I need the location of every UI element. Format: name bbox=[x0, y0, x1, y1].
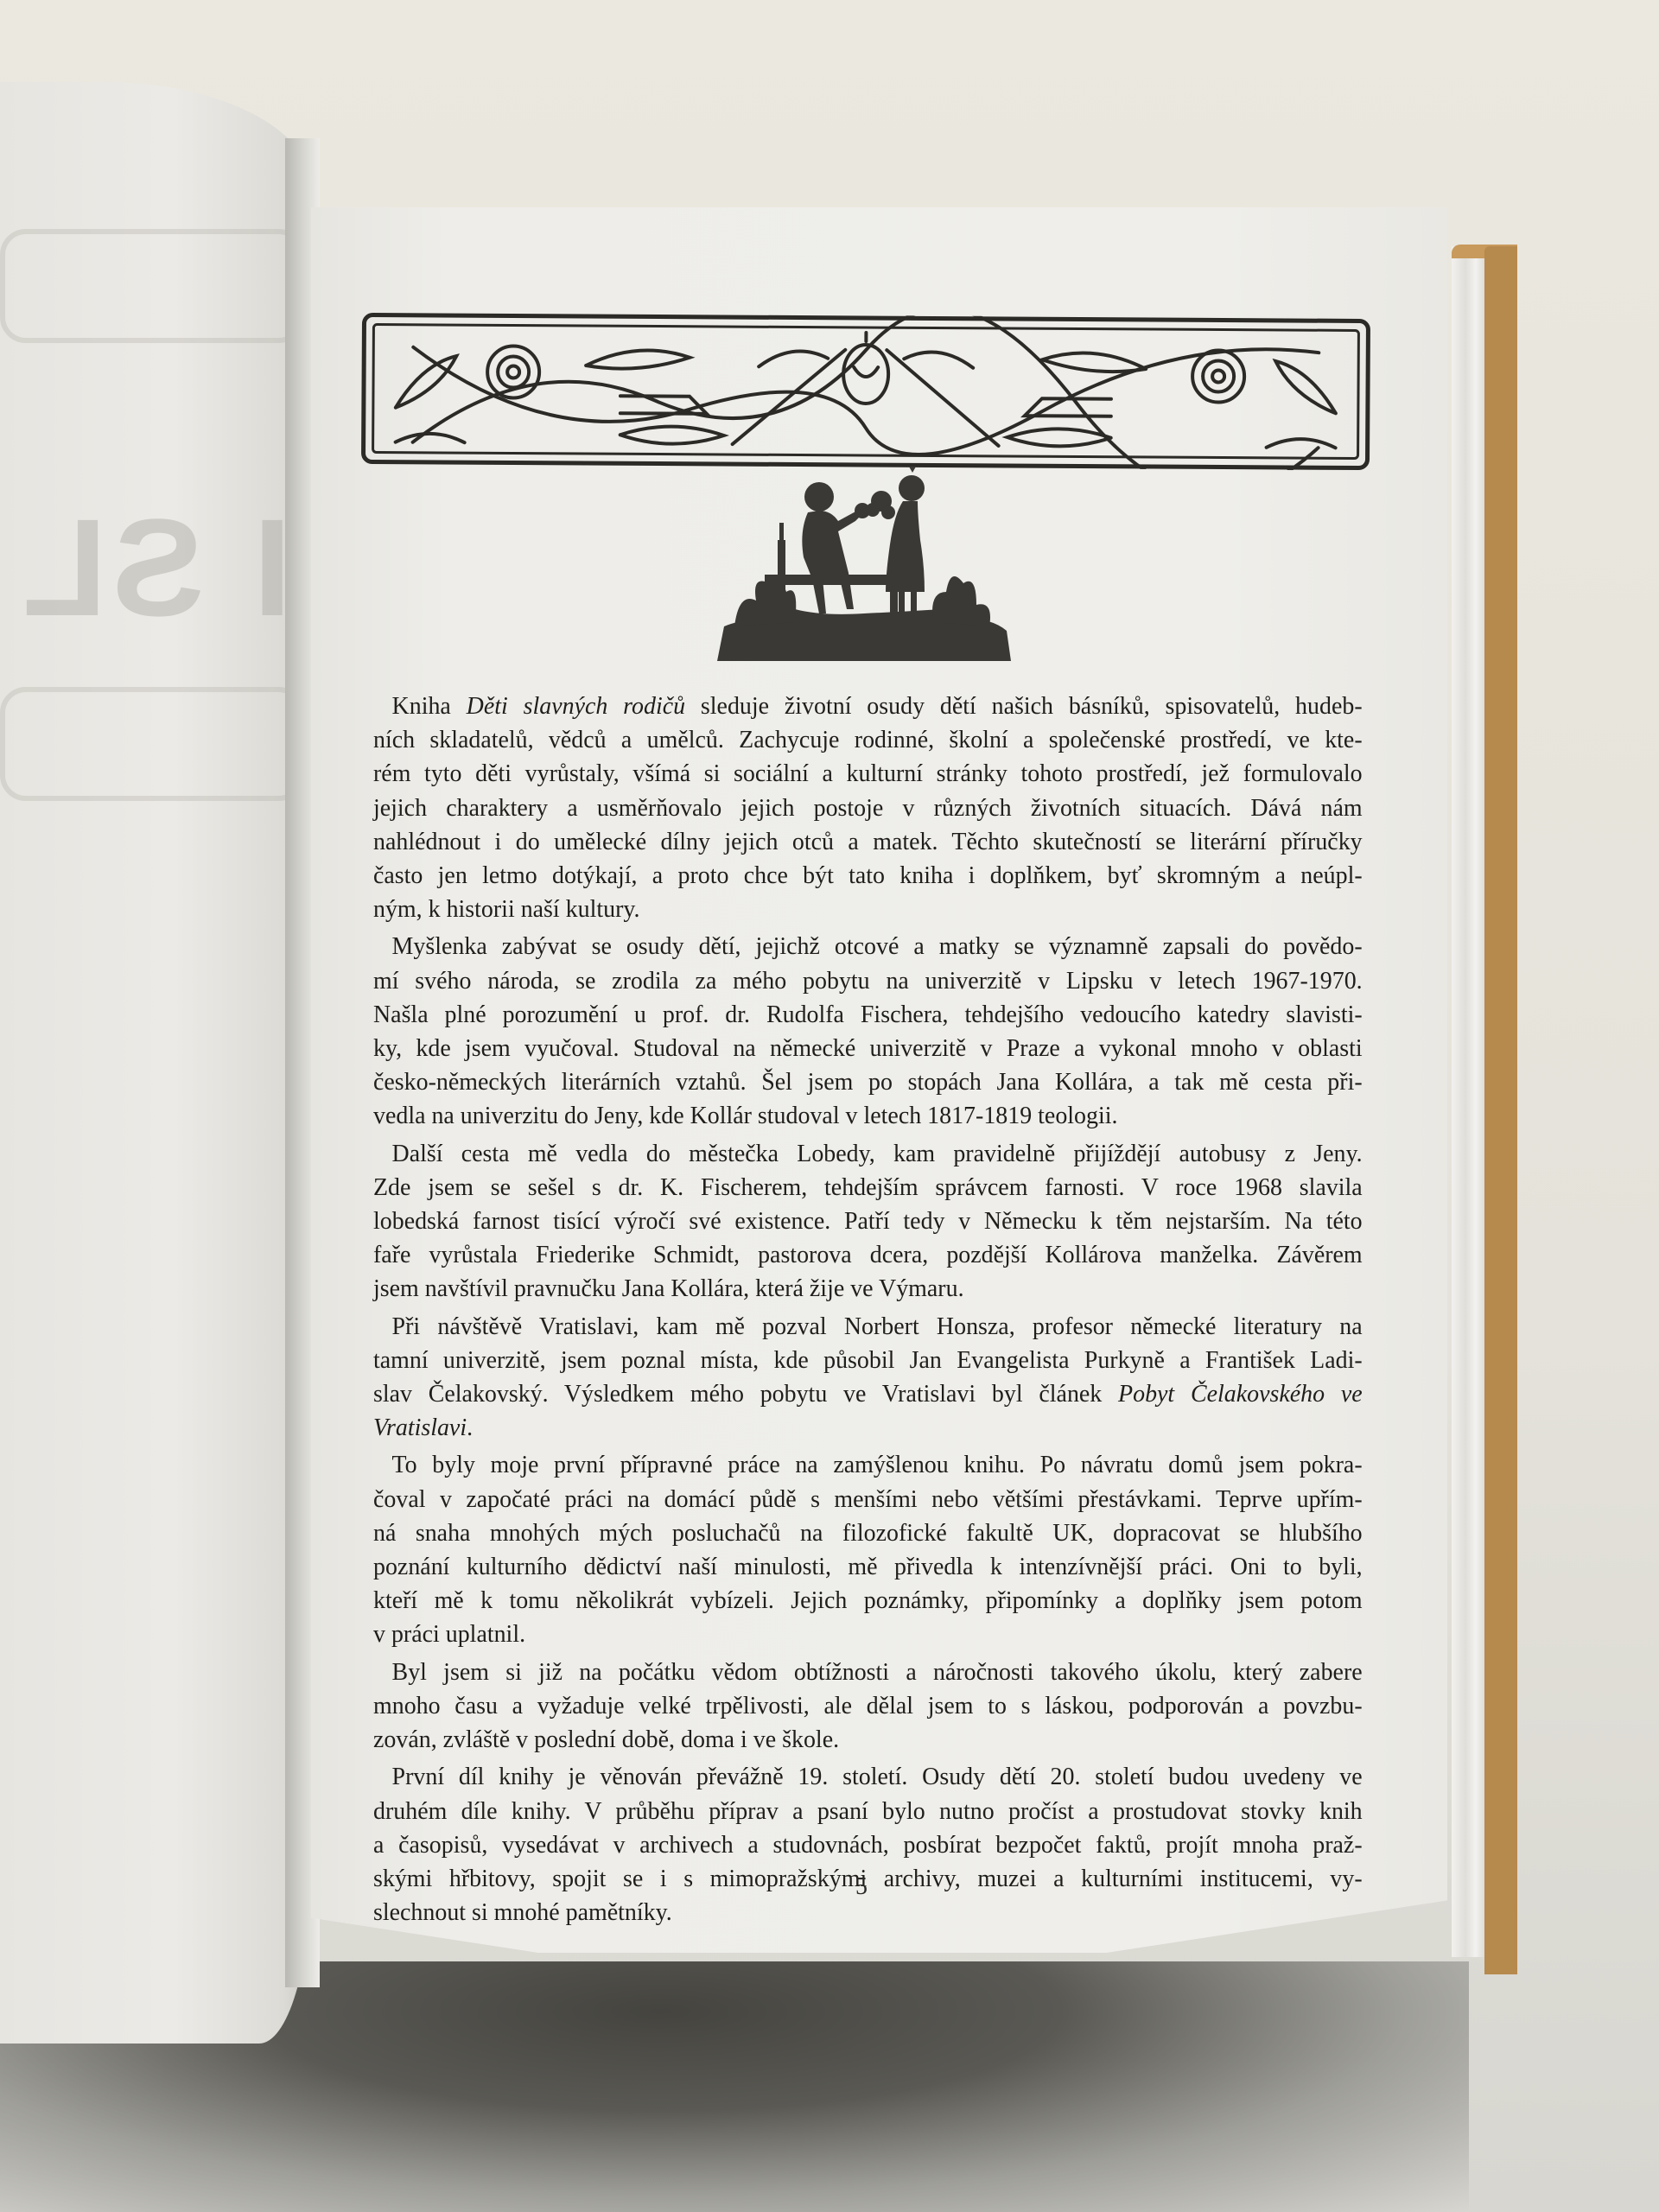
text-line: vedla na univerzitu do Jeny, kde Kollár … bbox=[373, 1099, 1363, 1133]
bleed-through-ornament-bottom bbox=[0, 687, 304, 801]
paragraph: To byly moje první přípravné práce na za… bbox=[373, 1448, 1363, 1651]
text-line: ným, k historii naší kultury. bbox=[373, 893, 1363, 926]
text-line: slechnout si mnohé pamětníky. bbox=[373, 1896, 1363, 1929]
text-line: Našla plné porozumění u prof. dr. Rudolf… bbox=[373, 998, 1363, 1032]
text-line: skými hřbitovy, spojit se i s mimopražsk… bbox=[373, 1862, 1363, 1896]
text-line: První díl knihy je věnován převážně 19. … bbox=[373, 1760, 1363, 1794]
italic-title: Pobyt Čelakovského ve bbox=[1118, 1381, 1363, 1408]
text-line: Při návštěvě Vratislavi, kam mě pozval N… bbox=[373, 1310, 1363, 1344]
text-line: ná snaha mnohých mých posluchačů na filo… bbox=[373, 1516, 1363, 1550]
children-silhouette-icon bbox=[717, 462, 1011, 661]
text-line: Kniha Děti slavných rodičů sleduje život… bbox=[373, 690, 1363, 723]
bleed-through-ornament-top bbox=[0, 229, 304, 343]
text-line: v práci uplatnil. bbox=[373, 1618, 1363, 1651]
text-line: mí svého národa, se zrodila za mého poby… bbox=[373, 964, 1363, 998]
paragraph: První díl knihy je věnován převážně 19. … bbox=[373, 1760, 1363, 1929]
text-line: čoval v započaté práci na domácí půdě s … bbox=[373, 1483, 1363, 1516]
text-line: lobedská farnost tisící výročí své exist… bbox=[373, 1205, 1363, 1238]
left-page: DĚTI SL bbox=[0, 82, 311, 2044]
italic-title: Děti slavných rodičů bbox=[467, 693, 685, 720]
text-line: zován, zvláště v poslední době, doma i v… bbox=[373, 1723, 1363, 1757]
text-line: mnoho času a vyžaduje velké trpělivosti,… bbox=[373, 1689, 1363, 1723]
text-line: jejich charaktery a usměrňovalo jejich p… bbox=[373, 791, 1363, 825]
text-line: Myšlenka zabývat se osudy dětí, jejichž … bbox=[373, 930, 1363, 963]
paragraph: Kniha Děti slavných rodičů sleduje život… bbox=[373, 690, 1363, 926]
text-line: poznání kulturního dědictví naší minulos… bbox=[373, 1550, 1363, 1584]
italic-title: Vratislavi bbox=[373, 1414, 467, 1441]
text-line: jsem navštívil pravnučku Jana Kollára, k… bbox=[373, 1272, 1363, 1306]
book-cover-edge bbox=[1484, 246, 1517, 1974]
text-line: často jen letmo dotýkají, a proto chce b… bbox=[373, 859, 1363, 893]
paragraph: Při návštěvě Vratislavi, kam mě pozval N… bbox=[373, 1310, 1363, 1446]
text-line: Byl jsem si již na počátku vědom obtížno… bbox=[373, 1656, 1363, 1689]
text-line: faře vyrůstala Friederike Schmidt, pasto… bbox=[373, 1238, 1363, 1272]
text-line: ky, kde jsem vyučoval. Studoval na němec… bbox=[373, 1032, 1363, 1065]
text-line: Zde jsem se sešel s dr. K. Fischerem, te… bbox=[373, 1171, 1363, 1205]
text-line: To byly moje první přípravné práce na za… bbox=[373, 1448, 1363, 1482]
text-line: rém tyto děti vyrůstaly, všímá si sociál… bbox=[373, 757, 1363, 791]
text-line: a časopisů, vysedávat v archivech a stud… bbox=[373, 1828, 1363, 1862]
text-line: Vratislavi. bbox=[373, 1411, 1363, 1445]
text-line: kteří mě k tomu několikrát vybízeli. Jej… bbox=[373, 1584, 1363, 1618]
page-edges bbox=[1452, 246, 1486, 1957]
decorative-banner-icon bbox=[360, 312, 1370, 470]
body-text: Kniha Děti slavných rodičů sleduje život… bbox=[373, 690, 1363, 1933]
text-line: slav Čelakovský. Výsledkem mého pobytu v… bbox=[373, 1377, 1363, 1411]
paragraph: Byl jsem si již na počátku vědom obtížno… bbox=[373, 1656, 1363, 1758]
text-line: tamní univerzitě, jsem poznal místa, kde… bbox=[373, 1344, 1363, 1377]
text-line: česko-německých literárních vztahů. Šel … bbox=[373, 1065, 1363, 1099]
paragraph: Další cesta mě vedla do městečka Lobedy,… bbox=[373, 1137, 1363, 1306]
text-line: ních skladatelů, vědců a umělců. Zachycu… bbox=[373, 723, 1363, 757]
paragraph: Myšlenka zabývat se osudy dětí, jejichž … bbox=[373, 930, 1363, 1133]
text-line: druhém díle knihy. V průběhu příprav a p… bbox=[373, 1795, 1363, 1828]
page-number: 5 bbox=[855, 1873, 868, 1901]
text-line: nahlédnout i do umělecké dílny jejich ot… bbox=[373, 825, 1363, 859]
text-line: Další cesta mě vedla do městečka Lobedy,… bbox=[373, 1137, 1363, 1171]
